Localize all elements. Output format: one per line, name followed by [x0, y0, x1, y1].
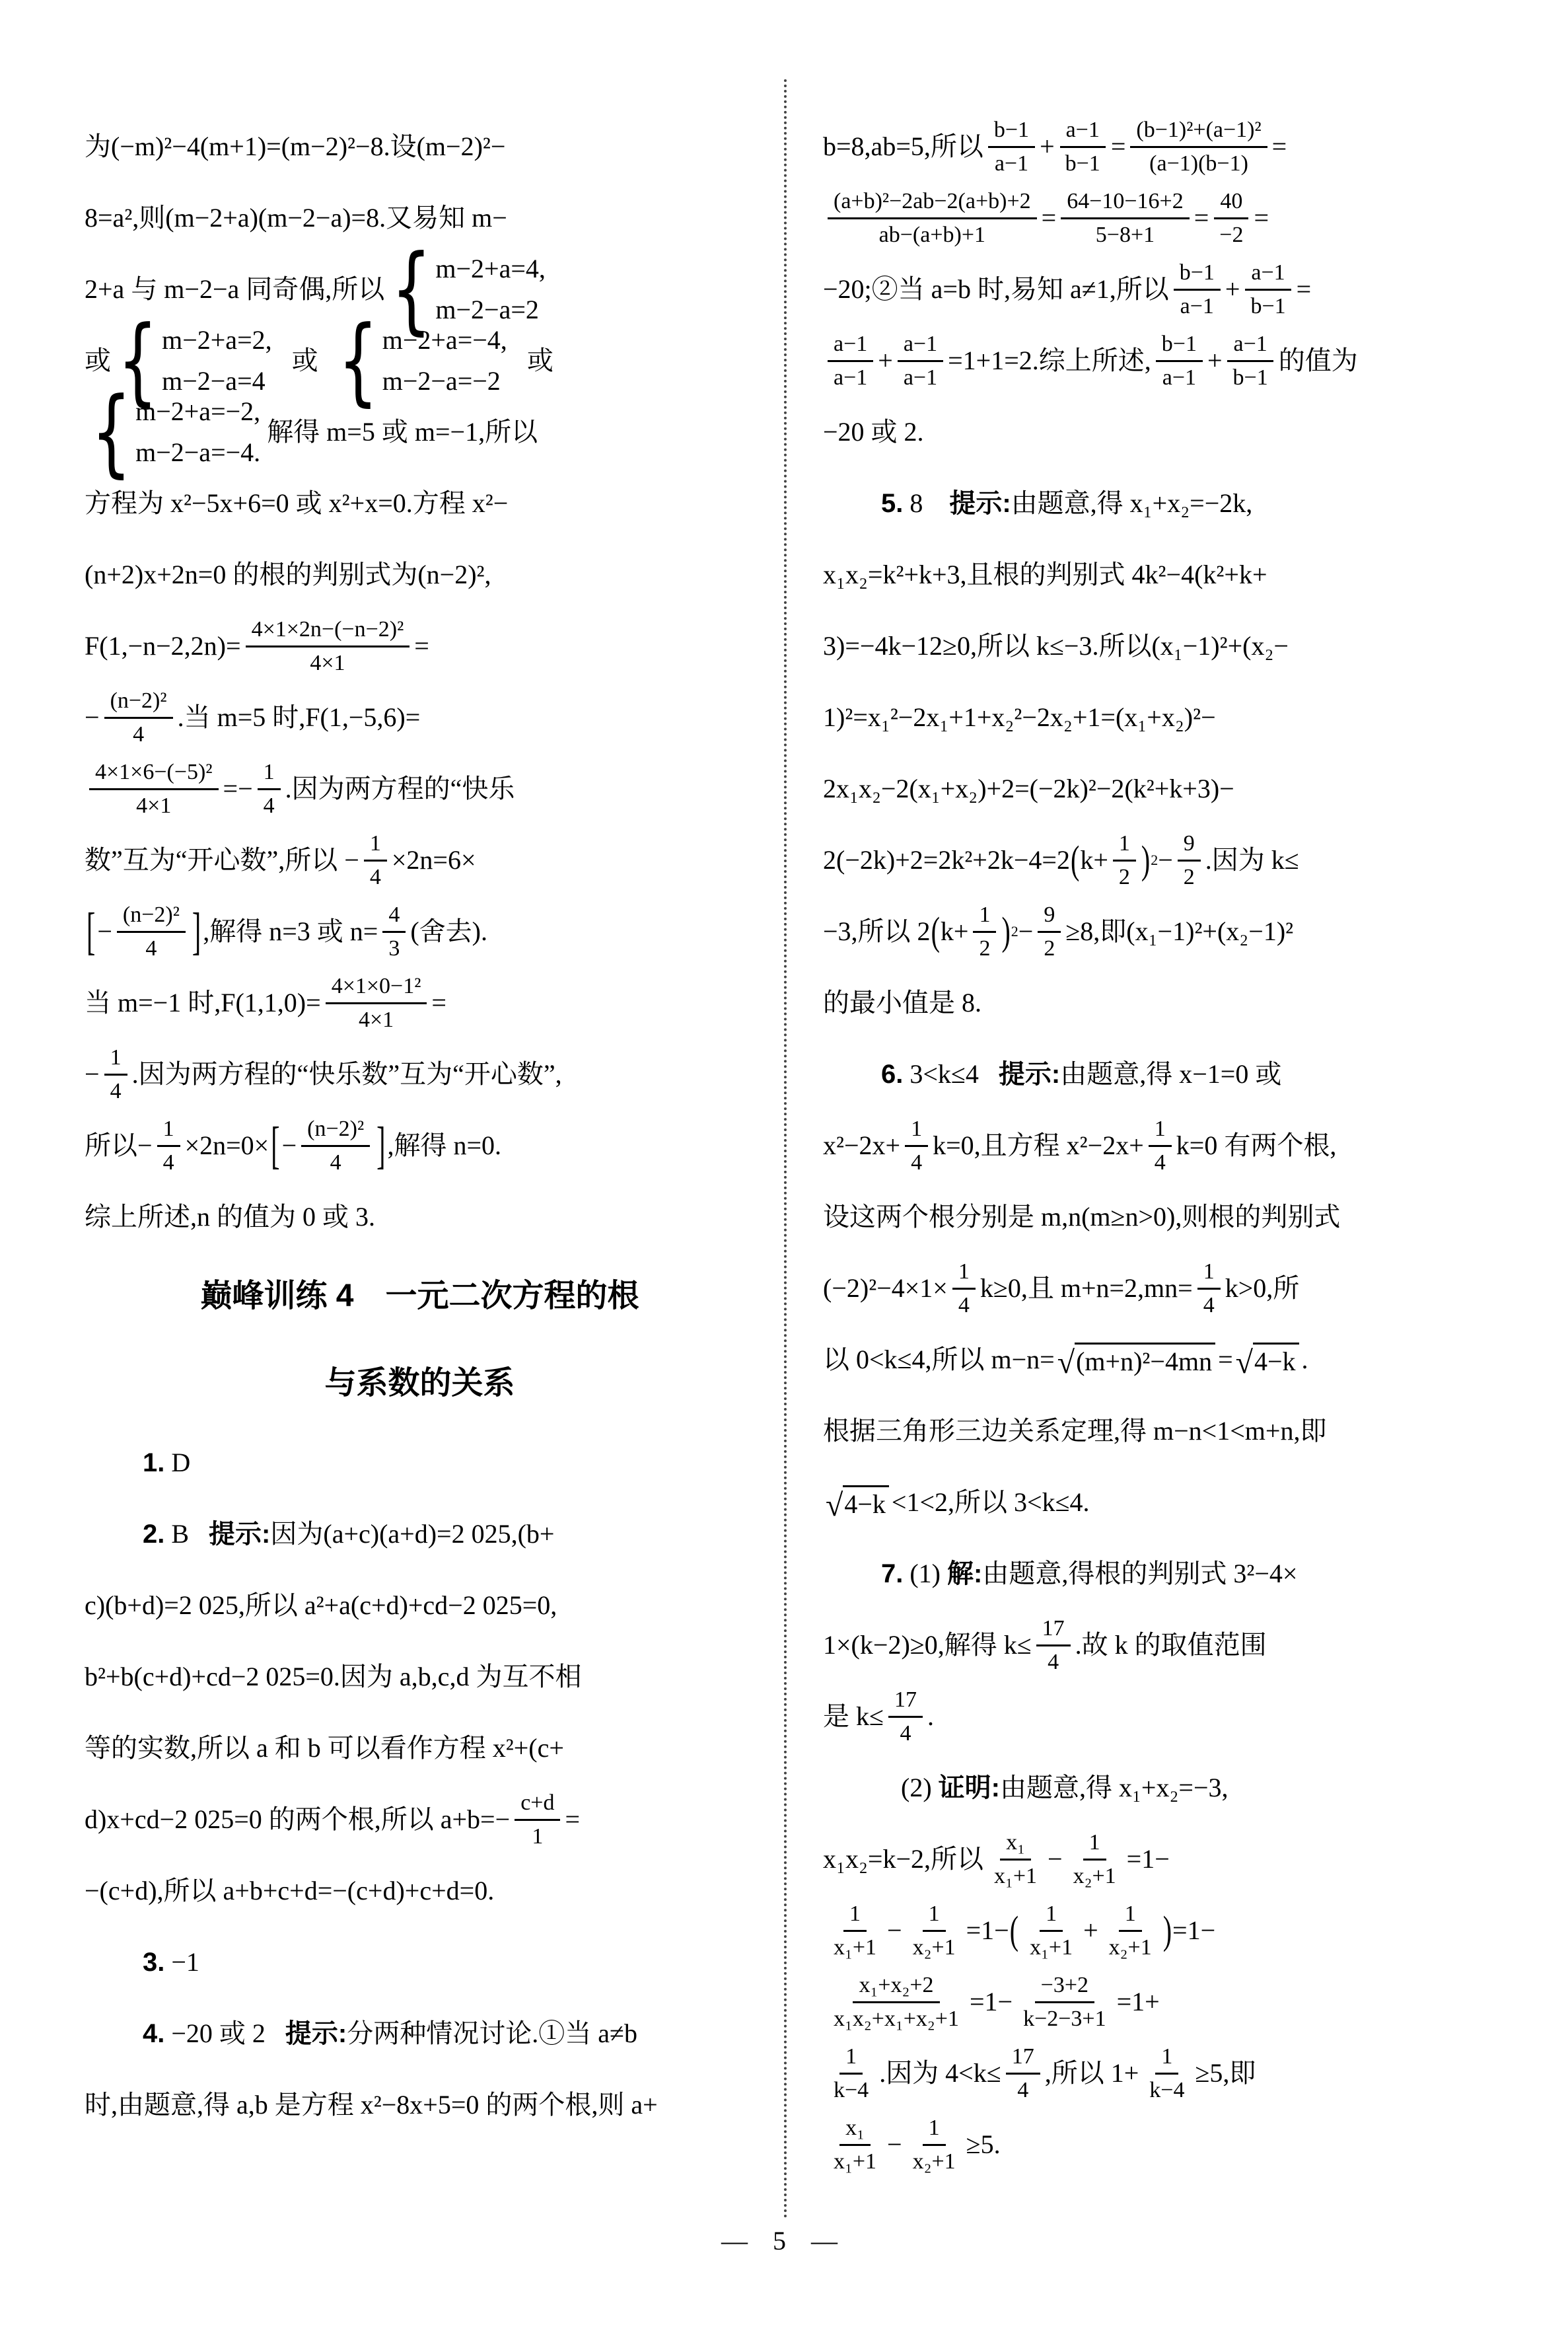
text-run: b²+b(c+d)+cd−2 025=0.因为 a,b,c,d 为互不相: [85, 1662, 581, 1692]
fraction-denominator: 4: [364, 862, 387, 889]
fraction-numerator: a−1: [898, 332, 943, 361]
math-fraction: x₁x₁+1: [988, 1830, 1043, 1888]
text-run: −: [887, 1915, 902, 1946]
math-fraction: a−1b−1: [1244, 260, 1291, 318]
math-fraction: (n−2)²4: [104, 688, 173, 747]
fraction-numerator: (n−2)²: [117, 903, 186, 932]
math-fraction: b−1a−1: [1156, 332, 1203, 390]
bold-label: 提示:: [949, 488, 1011, 519]
equation-system: {m−2+a=−2,m−2−a=−4.: [91, 396, 260, 468]
fraction-denominator: a−1: [989, 148, 1034, 176]
text-line: (2) 证明:由题意,得 x₁+x₂=−3,: [823, 1752, 1523, 1824]
text-run: 由题意,得根的判别式 3²−4×: [982, 1559, 1297, 1589]
text-run: 的最小值是 8.: [823, 988, 981, 1018]
fraction-denominator: 4: [1197, 1290, 1221, 1317]
text-line: 所以−14×2n=0×[−(n−2)²4],解得 n=0.: [85, 1110, 755, 1181]
text-run: .: [1302, 1345, 1308, 1375]
math-fraction: −3+2k−2−3+1: [1017, 1973, 1112, 2031]
fraction-denominator: x₁+1: [1024, 1932, 1079, 1960]
fraction-numerator: (b−1)²+(a−1)²: [1130, 118, 1267, 147]
text-line: −20;②当 a=b 时,易知 a≠1,所以b−1a−1+a−1b−1=: [823, 254, 1523, 325]
fraction-denominator: x₁x₂+x₁+x₂+1: [828, 2003, 965, 2031]
text-run: =: [431, 988, 446, 1018]
text-line: 2. B 提示:因为(a+c)(a+d)=2 025,(b+: [85, 1498, 755, 1570]
left-paren: (: [931, 909, 940, 955]
text-run: +: [1225, 274, 1240, 305]
system-rows: m−2+a=4,m−2−a=2: [435, 254, 546, 325]
text-run: 时,由题意,得 a,b 是方程 x²−8x+5=0 的两个根,则 a+: [85, 2090, 658, 2120]
text-run: =: [1272, 131, 1287, 162]
fraction-denominator: 5−8+1: [1090, 219, 1160, 247]
text-run: 数”互为“开心数”,所以 −: [85, 845, 359, 875]
fraction-numerator: 1: [923, 2116, 946, 2145]
text-line: 2+a 与 m−2−a 同奇偶,所以{m−2+a=4,m−2−a=2: [85, 254, 755, 325]
math-fraction: b−1a−1: [988, 118, 1035, 176]
text-run: <1<2,所以 3<k≤4.: [892, 1487, 1090, 1518]
text-run: .故 k 的取值范围: [1075, 1630, 1267, 1660]
text-line: 1. D: [85, 1427, 755, 1498]
text-run: ,解得 n=3 或 n=: [203, 916, 378, 947]
math-fraction: 4×1×0−1²4×1: [326, 974, 427, 1032]
fraction-numerator: x₁+x₂+2: [853, 1973, 939, 2003]
equation-system: {m−2+a=2,m−2−a=4: [118, 325, 272, 396]
text-run: x²−2x+: [823, 1130, 900, 1161]
math-fraction: 14: [364, 831, 387, 889]
text-line: 根据三角形三边关系定理,得 m−n<1<m+n,即: [823, 1395, 1523, 1467]
math-fraction: (b−1)²+(a−1)²(a−1)(b−1): [1130, 118, 1267, 176]
text-run: 或: [279, 346, 332, 376]
text-run: −: [1048, 1844, 1063, 1874]
fraction-numerator: b−1: [1174, 260, 1221, 290]
fraction-denominator: ab−(a+b)+1: [873, 219, 991, 247]
fraction-numerator: 40: [1214, 189, 1248, 219]
system-row: m−2+a=4,: [435, 254, 546, 284]
text-run: =: [1111, 131, 1126, 162]
text-line: 4. −20 或 2 提示:分两种情况讨论.①当 a≠b: [85, 1998, 755, 2069]
fraction-denominator: x₁+1: [988, 1861, 1043, 1888]
bold-label: 2.: [143, 1519, 164, 1549]
math-fraction: a−1b−1: [1059, 118, 1106, 176]
fraction-denominator: (a−1)(b−1): [1143, 148, 1254, 176]
math-fraction: 43: [382, 903, 406, 961]
text-run: −20 或 2.: [823, 417, 924, 447]
fraction-numerator: 1: [364, 831, 387, 861]
system-row: m−2−a=−4.: [135, 437, 260, 468]
right-paren: ): [1163, 1908, 1172, 1954]
text-run: 根据三角形三边关系定理,得 m−n<1<m+n,即: [823, 1416, 1326, 1446]
text-line: 3. −1: [85, 1927, 755, 1998]
math-fraction: 14: [104, 1045, 127, 1103]
math-fraction: 4×1×2n−(−n−2)²4×1: [246, 617, 410, 675]
math-fraction: 1x₂+1: [1067, 1830, 1122, 1888]
left-paren: (: [1071, 838, 1079, 883]
text-run: 1×(k−2)≥0,解得 k≤: [823, 1630, 1032, 1660]
math-fraction: 4×1×6−(−5)²4×1: [89, 760, 219, 818]
text-line: 等的实数,所以 a 和 b 可以看作方程 x²+(c+: [85, 1713, 755, 1784]
fraction-numerator: a−1: [828, 332, 873, 361]
text-run: .因为两方程的“快乐数”互为“开心数”,: [132, 1059, 562, 1089]
text-line: {m−2+a=−2,m−2−a=−4.解得 m=5 或 m=−1,所以: [85, 396, 755, 468]
fraction-numerator: 1: [1040, 1901, 1063, 1931]
text-line: 5. 8 提示:由题意,得 x₁+x₂=−2k,: [823, 468, 1523, 539]
text-run: −: [887, 2129, 902, 2160]
text-run: .因为两方程的“快乐: [285, 774, 515, 804]
text-run: 所以−: [85, 1130, 153, 1161]
text-run: .: [927, 1701, 934, 1732]
system-rows: m−2+a=2,m−2−a=4: [162, 325, 272, 396]
fraction-denominator: 4: [894, 1718, 917, 1746]
fraction-numerator: 1: [905, 1117, 928, 1146]
fraction-denominator: 4: [127, 719, 150, 747]
text-line: d)x+cd−2 025=0 的两个根,所以 a+b=−c+d1=: [85, 1784, 755, 1855]
text-run: 等的实数,所以 a 和 b 可以看作方程 x²+(c+: [85, 1733, 564, 1763]
math-fraction: (n−2)²4: [117, 903, 186, 961]
text-line: 为(−m)²−4(m+1)=(m−2)²−8.设(m−2)²−: [85, 111, 755, 182]
text-run: k≥0,且 m+n=2,mn=: [980, 1273, 1193, 1304]
text-run: c)(b+d)=2 025,所以 a²+a(c+d)+cd−2 025=0,: [85, 1590, 557, 1621]
fraction-numerator: 1: [1113, 831, 1136, 861]
text-line: (n+2)x+2n=0 的根的判别式为(n−2)²,: [85, 539, 755, 610]
text-line: 7. (1) 解:由题意,得根的判别式 3²−4×: [823, 1538, 1523, 1609]
math-fraction: 14: [952, 1259, 976, 1317]
text-run: 是 k≤: [823, 1701, 884, 1732]
fraction-denominator: a−1: [898, 362, 943, 390]
left-bracket: [: [271, 1116, 279, 1175]
text-line: −(n−2)²4.当 m=5 时,F(1,−5,6)=: [85, 682, 755, 753]
fraction-denominator: 2: [1113, 862, 1136, 889]
radicand: 4−k: [1253, 1343, 1299, 1377]
text-line: 1x₁+1−1x₂+1=1−(1x₁+1+1x₂+1)=1−: [823, 1895, 1523, 1966]
fraction-numerator: 17: [888, 1687, 923, 1717]
math-fraction: x₁x₁+1: [828, 2116, 882, 2174]
left-brace: {: [91, 385, 131, 480]
math-fraction: 14: [258, 760, 281, 818]
text-line: −14.因为两方程的“快乐数”互为“开心数”,: [85, 1039, 755, 1110]
text-run: .因为 k≤: [1205, 845, 1299, 875]
fraction-denominator: k−4: [1143, 2075, 1190, 2102]
radical-sign: √: [1057, 1350, 1075, 1377]
text-line: 3)=−4k−12≥0,所以 k≤−3.所以(x₁−1)²+(x₂−: [823, 610, 1523, 682]
fraction-denominator: a−1: [828, 362, 873, 390]
math-fraction: c+d1: [515, 1790, 560, 1849]
fraction-numerator: 17: [1036, 1616, 1071, 1646]
text-line: b²+b(c+d)+cd−2 025=0.因为 a,b,c,d 为互不相: [85, 1641, 755, 1713]
fraction-denominator: 4: [952, 1290, 976, 1317]
system-row: m−2−a=−2: [382, 366, 507, 396]
text-run: 由题意,得 x−1=0 或: [1060, 1059, 1281, 1089]
math-fraction: 1k−4: [828, 2044, 874, 2102]
fraction-denominator: x₂+1: [1103, 1932, 1158, 1960]
math-fraction: 92: [1178, 831, 1201, 889]
text-line: 巅峰训练 4 一元二次方程的根: [85, 1253, 755, 1340]
text-run: k>0,所: [1225, 1273, 1300, 1304]
text-run: 的值为: [1279, 346, 1358, 376]
text-run: 2+a 与 m−2−a 同奇偶,所以: [85, 274, 384, 305]
math-fraction: (a+b)²−2ab−2(a+b)+2ab−(a+b)+1: [828, 189, 1037, 247]
radicand: 4−k: [843, 1485, 889, 1520]
fraction-denominator: 4: [1042, 1646, 1065, 1674]
text-line: 1k−4.因为 4<k≤174,所以 1+1k−4≥5,即: [823, 2038, 1523, 2109]
fraction-numerator: (n−2)²: [104, 688, 173, 718]
text-run: +: [1040, 131, 1055, 162]
text-run: =1−: [970, 1987, 1013, 2017]
fraction-denominator: 4×1: [304, 647, 351, 675]
fraction-denominator: b−1: [1059, 148, 1106, 176]
text-run: =: [1042, 203, 1057, 233]
fraction-numerator: a−1: [1060, 118, 1106, 147]
math-fraction: a−1b−1: [1227, 332, 1274, 390]
text-line: a−1a−1+a−1a−1=1+1=2.综上所述,b−1a−1+a−1b−1的值…: [823, 325, 1523, 396]
text-line: −20 或 2.: [823, 396, 1523, 468]
text-line: 1)²=x₁²−2x₁+1+x₂²−2x₂+1=(x₁+x₂)²−: [823, 682, 1523, 753]
bold-label: 6.: [881, 1059, 903, 1089]
math-fraction: (n−2)²4: [301, 1117, 370, 1175]
fraction-numerator: 4: [382, 903, 406, 932]
fraction-denominator: 4×1: [130, 790, 177, 818]
fraction-numerator: 1: [1119, 1901, 1142, 1931]
left-column: 为(−m)²−4(m+1)=(m−2)²−8.设(m−2)²−8=a²,则(m−…: [85, 111, 755, 2141]
fraction-denominator: 3: [382, 933, 406, 961]
fraction-numerator: 1: [104, 1045, 127, 1075]
text-line: x₁x₂=k−2,所以x₁x₁+1−1x₂+1=1−: [823, 1824, 1523, 1895]
fraction-numerator: 1: [1155, 2044, 1178, 2074]
text-run: 为(−m)²−4(m+1)=(m−2)²−8.设(m−2)²−: [85, 131, 505, 162]
bold-label: 4.: [143, 2018, 164, 2049]
text-run: ≥5,即: [1195, 2058, 1256, 2088]
fraction-denominator: x₁+1: [828, 2146, 882, 2174]
text-run: =: [1297, 274, 1312, 305]
fraction-numerator: 1: [839, 2044, 863, 2074]
text-run: 8: [903, 488, 949, 519]
text-run: −: [85, 1059, 100, 1089]
text-line: 方程为 x²−5x+6=0 或 x²+x=0.方程 x²−: [85, 468, 755, 539]
text-run: (n+2)x+2n=0 的根的判别式为(n−2)²,: [85, 560, 491, 590]
system-row: m−2−a=2: [435, 295, 546, 325]
fraction-denominator: 4: [905, 1147, 928, 1175]
text-run: k=0 有两个根,: [1176, 1130, 1337, 1161]
math-fraction: 174: [888, 1687, 923, 1746]
text-line: 2x₁x₂−2(x₁+x₂)+2=(−2k)²−2(k²+k+3)−: [823, 753, 1523, 825]
text-line: (a+b)²−2ab−2(a+b)+2ab−(a+b)+1=64−10−16+2…: [823, 182, 1523, 254]
text-run: 与系数的关系: [324, 1365, 515, 1401]
fraction-numerator: 1: [1197, 1259, 1221, 1289]
fraction-numerator: x₁: [1000, 1830, 1031, 1860]
fraction-numerator: (n−2)²: [301, 1117, 370, 1146]
text-line: 时,由题意,得 a,b 是方程 x²−8x+5=0 的两个根,则 a+: [85, 2069, 755, 2141]
text-run: b=8,ab=5,所以: [823, 131, 983, 162]
fraction-denominator: 4: [104, 1076, 127, 1103]
math-fraction: 14: [157, 1117, 180, 1175]
text-run: +: [1207, 346, 1223, 376]
text-line: b=8,ab=5,所以b−1a−1+a−1b−1=(b−1)²+(a−1)²(a…: [823, 111, 1523, 182]
text-run: =1−: [1127, 1844, 1170, 1874]
left-brace: {: [338, 313, 378, 408]
text-run: D: [164, 1448, 190, 1478]
math-fraction: 1x₂+1: [907, 2116, 962, 2174]
system-row: m−2+a=2,: [162, 325, 272, 355]
text-run: 3<k≤4: [903, 1059, 999, 1089]
right-paren: ): [1001, 909, 1010, 955]
fraction-numerator: x₁: [839, 2116, 871, 2145]
text-run: −: [1158, 845, 1173, 875]
math-fraction: 1x₁+1: [828, 1901, 882, 1960]
square-root: √(m+n)²−4mn: [1057, 1343, 1215, 1377]
text-run: .当 m=5 时,F(1,−5,6)=: [178, 702, 421, 733]
text-run: (2): [901, 1773, 939, 1803]
text-line: 的最小值是 8.: [823, 967, 1523, 1039]
text-line: 与系数的关系: [85, 1340, 755, 1427]
text-line: 2(−2k)+2=2k²+2k−4=2(k+12)2−92.因为 k≤: [823, 825, 1523, 896]
math-fraction: 64−10−16+25−8+1: [1061, 189, 1190, 247]
text-run: 8=a²,则(m−2+a)(m−2−a)=8.又易知 m−: [85, 203, 507, 233]
text-run: −(c+d),所以 a+b+c+d=−(c+d)+c+d=0.: [85, 1876, 494, 1906]
text-run: ,解得 n=0.: [387, 1130, 501, 1161]
text-run: 或: [514, 346, 553, 376]
text-run: =: [565, 1804, 580, 1835]
math-fraction: 1k−4: [1143, 2044, 1190, 2102]
fraction-denominator: 4: [324, 1147, 347, 1175]
text-run: =1+1=2.综上所述,: [948, 346, 1151, 376]
fraction-denominator: a−1: [1174, 291, 1220, 318]
text-run: d)x+cd−2 025=0 的两个根,所以 a+b=−: [85, 1804, 510, 1835]
text-run: =: [1254, 203, 1269, 233]
text-run: −: [85, 702, 100, 733]
fraction-denominator: x₂+1: [1067, 1861, 1122, 1888]
fraction-denominator: 2: [973, 933, 996, 961]
math-fraction: 1x₂+1: [1103, 1901, 1158, 1960]
fraction-numerator: −3+2: [1035, 1973, 1094, 2003]
fraction-denominator: 4: [157, 1147, 180, 1175]
text-run: ×2n=6×: [392, 845, 476, 875]
workbook-answer-page: 为(−m)²−4(m+1)=(m−2)²−8.设(m−2)²−8=a²,则(m−…: [0, 0, 1568, 2325]
bold-label: 证明:: [939, 1773, 1000, 1803]
math-fraction: 1x₁+1: [1024, 1901, 1079, 1960]
text-run: −: [97, 916, 112, 947]
fraction-numerator: 1: [843, 1901, 867, 1931]
fraction-numerator: 4×1×6−(−5)²: [89, 760, 219, 790]
bold-label: 1.: [143, 1448, 164, 1478]
text-line: 1×(k−2)≥0,解得 k≤174.故 k 的取值范围: [823, 1609, 1523, 1681]
text-line: 当 m=−1 时,F(1,1,0)=4×1×0−1²4×1=: [85, 967, 755, 1039]
text-run: =: [1218, 1345, 1233, 1375]
fraction-numerator: c+d: [515, 1790, 560, 1820]
fraction-numerator: b−1: [1156, 332, 1203, 361]
right-column: b=8,ab=5,所以b−1a−1+a−1b−1=(b−1)²+(a−1)²(a…: [823, 111, 1523, 2180]
text-run: 因为(a+c)(a+d)=2 025,(b+: [270, 1519, 554, 1549]
math-fraction: 174: [1036, 1616, 1071, 1674]
equation-system: {m−2+a=4,m−2−a=2: [391, 254, 546, 325]
math-fraction: 12: [973, 903, 996, 961]
fraction-numerator: 17: [1006, 2044, 1040, 2074]
text-run: 分两种情况讨论.①当 a≠b: [347, 2018, 637, 2049]
math-fraction: 40−2: [1213, 189, 1249, 247]
text-line: 综上所述,n 的值为 0 或 3.: [85, 1181, 755, 1253]
fraction-numerator: (a+b)²−2ab−2(a+b)+2: [828, 189, 1037, 219]
fraction-denominator: x₁+1: [828, 1932, 882, 1960]
radicand: (m+n)²−4mn: [1075, 1343, 1215, 1377]
bold-label: 提示:: [999, 1059, 1060, 1089]
text-line: 数”互为“开心数”,所以 −14×2n=6×: [85, 825, 755, 896]
text-run: 综上所述,n 的值为 0 或 3.: [85, 1202, 375, 1232]
column-divider-dotted-rule: [784, 79, 787, 2220]
left-brace: {: [391, 242, 431, 337]
fraction-denominator: b−1: [1227, 362, 1274, 390]
math-fraction: 1x₂+1: [907, 1901, 962, 1960]
fraction-denominator: k−4: [828, 2075, 874, 2102]
fraction-denominator: 4: [1149, 1147, 1172, 1175]
text-run: k+: [941, 916, 969, 947]
text-run: 由题意,得 x₁+x₂=−2k,: [1011, 488, 1253, 519]
text-line: −3,所以 2(k+12)2−92≥8,即(x₁−1)²+(x₂−1)²: [823, 896, 1523, 967]
math-fraction: 14: [1197, 1259, 1221, 1317]
text-line: c)(b+d)=2 025,所以 a²+a(c+d)+cd−2 025=0,: [85, 1570, 755, 1641]
text-run: −20 或 2: [164, 2018, 285, 2049]
fraction-numerator: 1: [1149, 1117, 1172, 1146]
text-run: −20;②当 a=b 时,易知 a≠1,所以: [823, 274, 1169, 305]
fraction-numerator: a−1: [1245, 260, 1291, 290]
fraction-denominator: k−2−3+1: [1017, 2003, 1112, 2031]
fraction-denominator: 2: [1178, 862, 1201, 889]
math-fraction: x₁+x₂+2x₁x₂+x₁+x₂+1: [828, 1973, 965, 2031]
system-row: m−2−a=4: [162, 366, 272, 396]
text-run: F(1,−n−2,2n)=: [85, 631, 241, 661]
left-paren: (: [1010, 1908, 1018, 1954]
text-run: 3)=−4k−12≥0,所以 k≤−3.所以(x₁−1)²+(x₂−: [823, 631, 1289, 661]
fraction-numerator: 1: [157, 1117, 180, 1146]
text-run: =: [1194, 203, 1209, 233]
text-line: [−(n−2)²4],解得 n=3 或 n=43(舍去).: [85, 896, 755, 967]
text-run: −: [282, 1130, 297, 1161]
text-line: x₁x₂=k²+k+3,且根的判别式 4k²−4(k²+k+: [823, 539, 1523, 610]
bold-label: 5.: [881, 488, 903, 519]
text-run: (舍去).: [410, 916, 487, 947]
text-run: −1: [164, 1947, 199, 1977]
left-bracket: [: [87, 902, 95, 961]
text-run: =1−: [1172, 1915, 1215, 1946]
fraction-numerator: a−1: [1227, 332, 1273, 361]
fraction-numerator: 9: [1178, 831, 1201, 861]
text-run: 设这两个根分别是 m,n(m≥n>0),则根的判别式: [823, 1202, 1340, 1232]
math-fraction: 14: [905, 1117, 928, 1175]
text-run: −: [1018, 916, 1034, 947]
text-line: 以 0<k≤4,所以 m−n=√(m+n)²−4mn=√4−k.: [823, 1324, 1523, 1395]
text-line: F(1,−n−2,2n)=4×1×2n−(−n−2)²4×1=: [85, 610, 755, 682]
fraction-denominator: 4: [139, 933, 162, 961]
text-line: 设这两个根分别是 m,n(m≥n>0),则根的判别式: [823, 1181, 1523, 1253]
math-fraction: a−1a−1: [898, 332, 943, 390]
text-run: 2(−2k)+2=2k²+2k−4=2: [823, 845, 1070, 875]
text-line: (−2)²−4×1×14k≥0,且 m+n=2,mn=14k>0,所: [823, 1253, 1523, 1324]
text-run: =1−: [966, 1915, 1009, 1946]
text-run: ≥8,即(x₁−1)²+(x₂−1)²: [1065, 916, 1293, 947]
radical-sign: √: [826, 1493, 843, 1520]
text-run: 或: [85, 346, 111, 376]
text-line: −(c+d),所以 a+b+c+d=−(c+d)+c+d=0.: [85, 1855, 755, 1927]
radical-sign: √: [1236, 1350, 1253, 1377]
fraction-numerator: 1: [258, 760, 281, 790]
right-paren: ): [1141, 838, 1150, 883]
square-root: √4−k: [826, 1485, 889, 1520]
text-run: ,所以 1+: [1045, 2058, 1139, 2088]
text-run: +: [1083, 1915, 1098, 1946]
text-line: 6. 3<k≤4 提示:由题意,得 x−1=0 或: [823, 1039, 1523, 1110]
fraction-denominator: x₂+1: [907, 2146, 962, 2174]
text-run: 当 m=−1 时,F(1,1,0)=: [85, 988, 321, 1018]
fraction-numerator: 1: [1083, 1830, 1106, 1860]
fraction-numerator: 1: [973, 903, 996, 932]
text-run: k=0,且方程 x²−2x+: [933, 1130, 1144, 1161]
text-run: 巅峰训练 4 一元二次方程的根: [200, 1278, 639, 1314]
